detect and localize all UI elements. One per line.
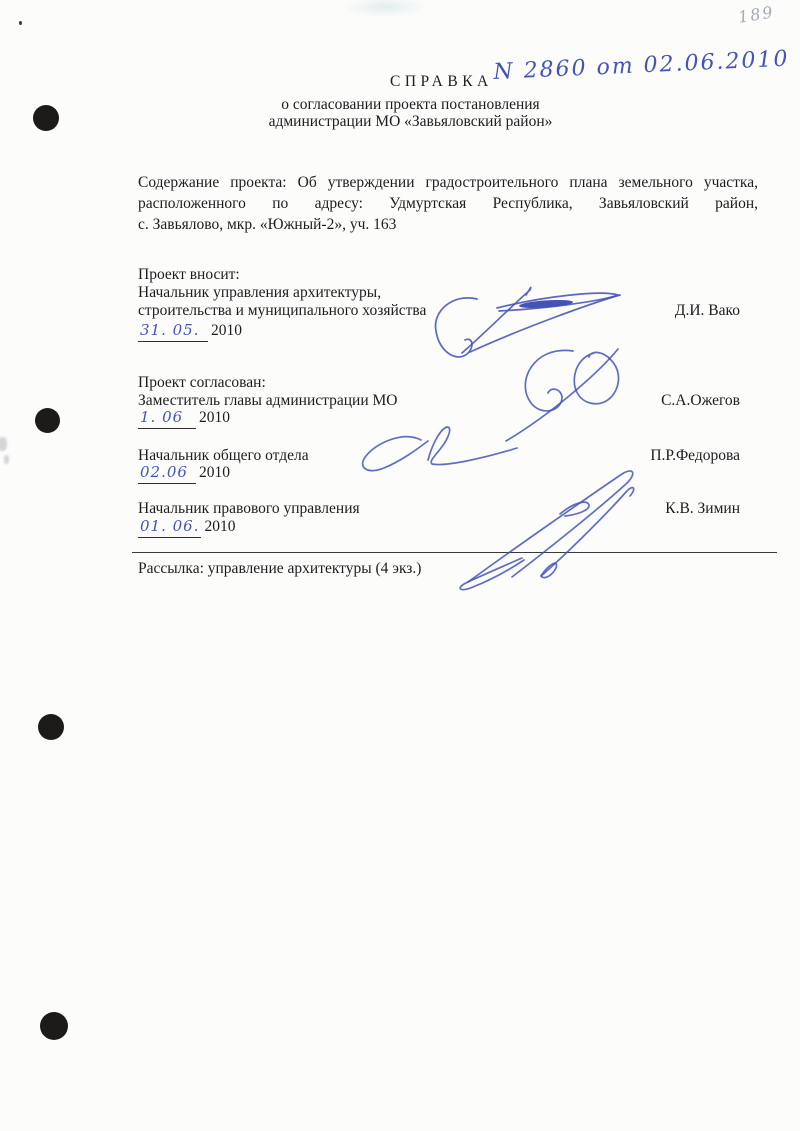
handwritten-date: 1. 06 xyxy=(138,408,196,429)
scan-smudge-top xyxy=(342,0,428,18)
date-line: 02.062010 xyxy=(138,463,230,484)
printed-year: 2010 xyxy=(204,518,235,535)
edge-smudge xyxy=(4,455,9,464)
separator-rule xyxy=(132,552,777,553)
hole-punch-mark xyxy=(40,1012,68,1040)
printed-year: 2010 xyxy=(211,322,242,339)
edge-smudge xyxy=(0,437,7,451)
corner-speck xyxy=(19,21,22,25)
signer-name: Д.И. Вако xyxy=(138,301,740,320)
distribution-note: Рассылка: управление архитектуры (4 экз.… xyxy=(138,559,421,578)
summary-line: Содержание проекта: Об утверждении градо… xyxy=(138,172,758,193)
summary-line: расположенного по адресу: Удмуртская Рес… xyxy=(138,193,758,214)
date-line: 31. 05.2010 xyxy=(138,321,242,342)
signer-name-text: К.В. Зимин xyxy=(665,500,740,517)
summary-line: с. Завьялово, мкр. «Южный-2», уч. 163 xyxy=(138,214,758,235)
vako-signature xyxy=(435,287,620,357)
subtitle-line: администрации МО «Завьяловский район» xyxy=(138,112,683,131)
hole-punch-mark xyxy=(38,714,64,740)
certificate-number-handwritten: N 2860 от 02.06.2010 xyxy=(493,47,790,85)
handwritten-date: 31. 05. xyxy=(138,321,208,342)
signer-name-text: Д.И. Вако xyxy=(675,302,740,319)
zimin-signature xyxy=(460,471,634,590)
signer-name-text: П.Р.Федорова xyxy=(650,447,740,464)
date-line: 01. 06.2010 xyxy=(138,517,235,538)
printed-year: 2010 xyxy=(199,464,230,481)
date-line: 1. 062010 xyxy=(138,408,230,429)
scanned-document-page: 189 СПРАВКА N 2860 от 02.06.2010 о согла… xyxy=(0,0,800,1131)
certificate-title: СПРАВКА xyxy=(390,73,493,91)
printed-year: 2010 xyxy=(199,409,230,426)
hole-punch-mark xyxy=(33,105,59,131)
signer-name: К.В. Зимин xyxy=(138,499,740,518)
handwritten-date: 01. 06. xyxy=(138,517,201,538)
submitter-position-line: Начальник управления архитектуры, xyxy=(138,283,381,302)
hole-punch-mark xyxy=(35,408,60,433)
section-heading-approvals: Проект согласован: xyxy=(138,373,266,392)
project-summary: Содержание проекта: Об утверждении градо… xyxy=(138,172,758,235)
page-number-handwritten: 189 xyxy=(737,2,776,26)
section-heading-submitter: Проект вносит: xyxy=(138,265,240,284)
signer-name-text: С.А.Ожегов xyxy=(661,392,740,409)
handwritten-date: 02.06 xyxy=(138,463,196,484)
